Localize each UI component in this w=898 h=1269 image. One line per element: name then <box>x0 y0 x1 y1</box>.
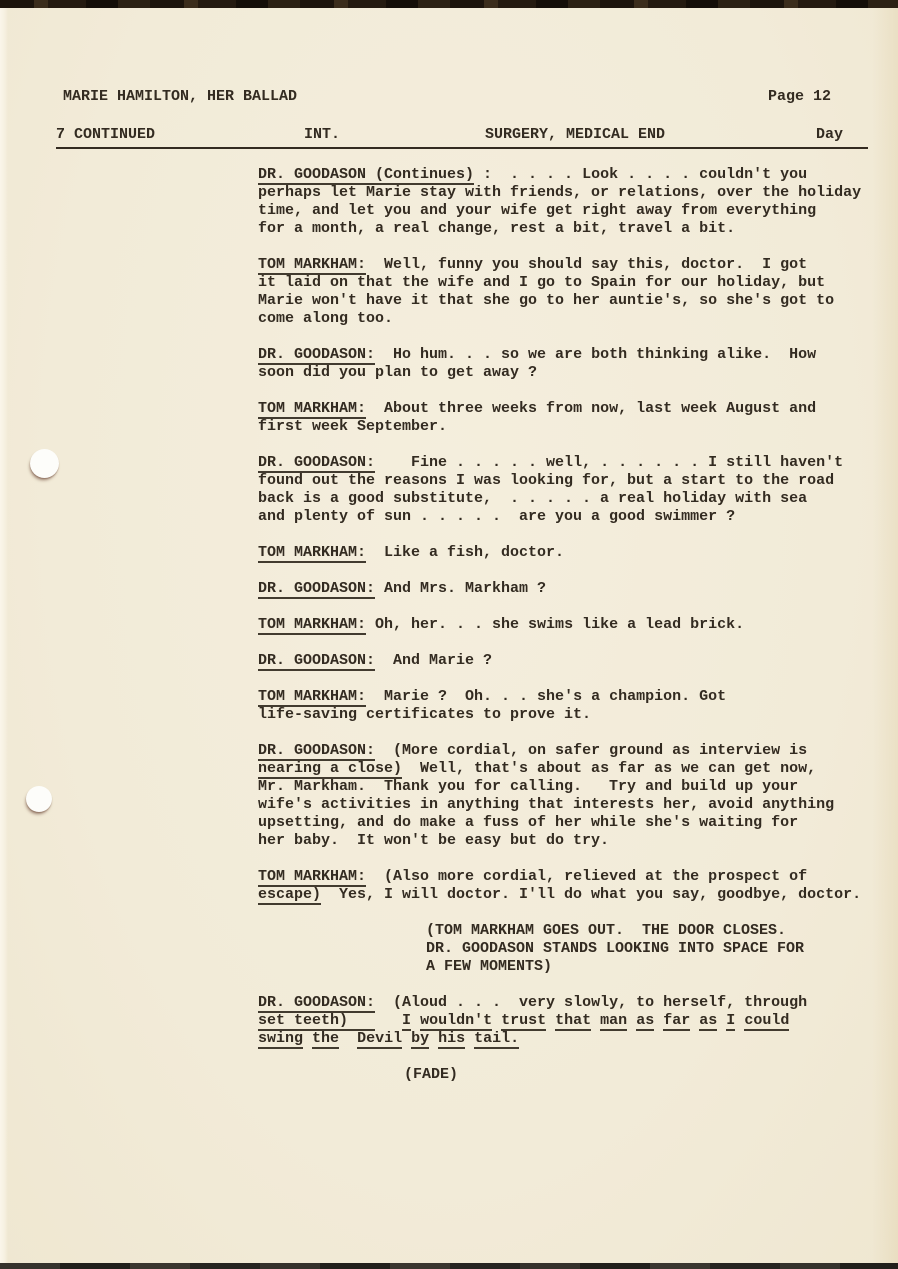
script-line: DR. GOODASON: Fine . . . . . well, . . .… <box>258 454 882 472</box>
scene-number: 7 CONTINUED <box>56 126 155 144</box>
script-line: TOM MARKHAM: (Also more cordial, relieve… <box>258 868 882 886</box>
script-line: Mr. Markham. Thank you for calling. Try … <box>258 778 882 796</box>
script-line: DR. GOODASON: (More cordial, on safer gr… <box>258 742 882 760</box>
dialogue-block: TOM MARKHAM: Marie ? Oh. . . she's a cha… <box>258 688 882 724</box>
punch-hole-top <box>30 449 59 478</box>
script-line: and plenty of sun . . . . . are you a go… <box>258 508 882 526</box>
dialogue-block: DR. GOODASON: And Marie ? <box>258 652 882 670</box>
scene-heading: 7 CONTINUED INT. SURGERY, MEDICAL END Da… <box>56 124 868 149</box>
script-line: come along too. <box>258 310 882 328</box>
paper-left-edge <box>0 0 8 1269</box>
script-line: (TOM MARKHAM GOES OUT. THE DOOR CLOSES. <box>426 922 882 940</box>
scan-edge-top <box>0 0 898 8</box>
dialogue-block: DR. GOODASON: Fine . . . . . well, . . .… <box>258 454 882 526</box>
dialogue-block: TOM MARKHAM: Like a fish, doctor. <box>258 544 882 562</box>
punch-hole-bottom <box>26 786 52 812</box>
script-line: TOM MARKHAM: Like a fish, doctor. <box>258 544 882 562</box>
dialogue-block: TOM MARKHAM: Well, funny you should say … <box>258 256 882 328</box>
script-line: perhaps let Marie stay with friends, or … <box>258 184 882 202</box>
script-line: it laid on that the wife and I go to Spa… <box>258 274 882 292</box>
script-line: TOM MARKHAM: Oh, her. . . she swims like… <box>258 616 882 634</box>
script-line: DR. GOODASON: And Marie ? <box>258 652 882 670</box>
script-line: life-saving certificates to prove it. <box>258 706 882 724</box>
script-line: Marie won't have it that she go to her a… <box>258 292 882 310</box>
script-line: swing the Devil by his tail. <box>258 1030 882 1048</box>
script-line: her baby. It won't be easy but do try. <box>258 832 882 850</box>
script-line: wife's activities in anything that inter… <box>258 796 882 814</box>
script-line: DR. GOODASON: Ho hum. . . so we are both… <box>258 346 882 364</box>
script-line: for a month, a real change, rest a bit, … <box>258 220 882 238</box>
script-body: DR. GOODASON (Continues) : . . . . Look … <box>258 166 882 1102</box>
dialogue-block: DR. GOODASON (Continues) : . . . . Look … <box>258 166 882 238</box>
dialogue-block: TOM MARKHAM: About three weeks from now,… <box>258 400 882 436</box>
script-line: A FEW MOMENTS) <box>426 958 882 976</box>
script-line: first week September. <box>258 418 882 436</box>
script-title: MARIE HAMILTON, HER BALLAD <box>63 88 297 106</box>
script-page: MARIE HAMILTON, HER BALLAD Page 12 7 CON… <box>0 0 898 1269</box>
script-line: TOM MARKHAM: Well, funny you should say … <box>258 256 882 274</box>
page-number: Page 12 <box>768 88 831 106</box>
dialogue-block: DR. GOODASON: Ho hum. . . so we are both… <box>258 346 882 382</box>
dialogue-block: TOM MARKHAM: (Also more cordial, relieve… <box>258 868 882 904</box>
dialogue-block: TOM MARKHAM: Oh, her. . . she swims like… <box>258 616 882 634</box>
scene-time-of-day: Day <box>816 126 843 144</box>
scene-setting: INT. <box>304 126 340 144</box>
stage-direction-block: (TOM MARKHAM GOES OUT. THE DOOR CLOSES.D… <box>426 922 882 976</box>
script-line: TOM MARKHAM: Marie ? Oh. . . she's a cha… <box>258 688 882 706</box>
fade-cue: (FADE) <box>404 1066 882 1084</box>
script-line: DR. GOODASON STANDS LOOKING INTO SPACE F… <box>426 940 882 958</box>
scene-location: SURGERY, MEDICAL END <box>485 126 665 144</box>
scan-edge-bottom <box>0 1263 898 1269</box>
dialogue-block: DR. GOODASON: And Mrs. Markham ? <box>258 580 882 598</box>
script-line: (FADE) <box>404 1066 882 1084</box>
script-line: TOM MARKHAM: About three weeks from now,… <box>258 400 882 418</box>
script-line: soon did you plan to get away ? <box>258 364 882 382</box>
script-line: upsetting, and do make a fuss of her whi… <box>258 814 882 832</box>
script-line: escape) Yes, I will doctor. I'll do what… <box>258 886 882 904</box>
dialogue-block: DR. GOODASON: (Aloud . . . very slowly, … <box>258 994 882 1048</box>
page-header: MARIE HAMILTON, HER BALLAD Page 12 <box>0 88 898 106</box>
script-line: DR. GOODASON (Continues) : . . . . Look … <box>258 166 882 184</box>
script-line: back is a good substitute, . . . . . a r… <box>258 490 882 508</box>
script-line: DR. GOODASON: (Aloud . . . very slowly, … <box>258 994 882 1012</box>
script-line: set teeth) I wouldn't trust that man as … <box>258 1012 882 1030</box>
script-line: time, and let you and your wife get righ… <box>258 202 882 220</box>
script-line: nearing a close) Well, that's about as f… <box>258 760 882 778</box>
script-line: DR. GOODASON: And Mrs. Markham ? <box>258 580 882 598</box>
script-line: found out the reasons I was looking for,… <box>258 472 882 490</box>
dialogue-block: DR. GOODASON: (More cordial, on safer gr… <box>258 742 882 850</box>
